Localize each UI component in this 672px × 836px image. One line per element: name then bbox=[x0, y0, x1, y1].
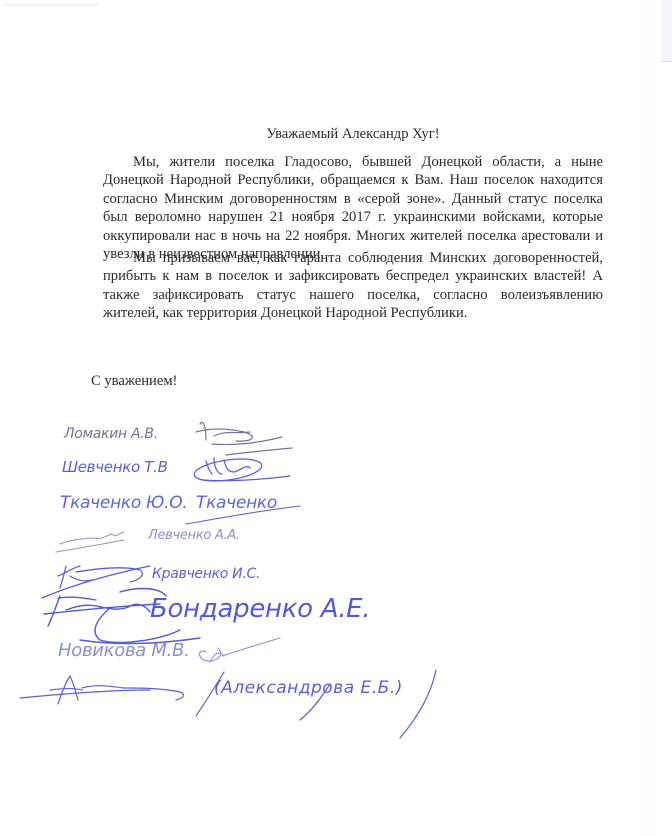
signature-mark-text-3: Ткаченко bbox=[196, 493, 277, 513]
signature-block: Ломакин А.В. Шевченко Т.В Ткаченко Ю.О. … bbox=[0, 0, 672, 836]
signature-mark-2 bbox=[193, 455, 290, 484]
signature-strokes bbox=[0, 0, 672, 836]
signature-mark-4 bbox=[56, 532, 124, 552]
signature-name-6: Бондаренко А.Е. bbox=[150, 594, 370, 624]
signature-name-5: Кравченко И.С. bbox=[152, 566, 260, 582]
signature-mark-1 bbox=[196, 422, 292, 455]
signature-mark-7 bbox=[200, 638, 280, 662]
signature-mark-5 bbox=[42, 566, 150, 598]
signature-name-8: (Александрова Е.Б.) bbox=[214, 678, 403, 698]
signature-name-7: Новикова М.В. bbox=[58, 640, 190, 661]
signature-name-4: Левченко А.А. bbox=[148, 528, 240, 543]
signature-name-1: Ломакин А.В. bbox=[64, 426, 158, 442]
signature-name-3: Ткаченко Ю.О. bbox=[60, 493, 187, 513]
signature-name-2: Шевченко Т.В bbox=[62, 458, 168, 476]
